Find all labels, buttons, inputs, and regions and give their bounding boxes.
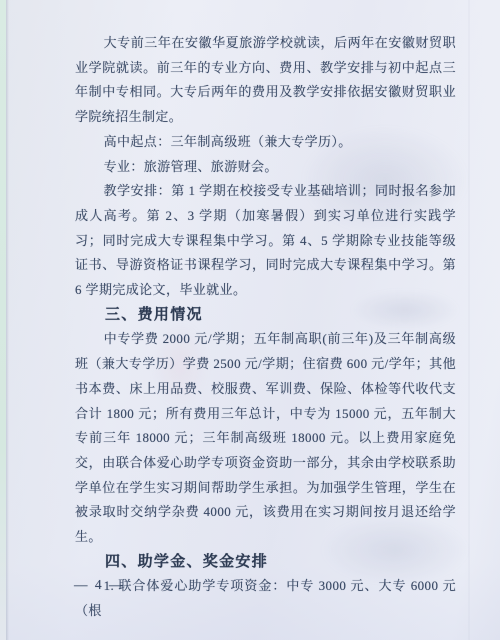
para-fees-detail: 中专学费 2000 元/学期；五年制高职(前三年)及三年制高级班（兼大专学历）学… (75, 327, 456, 549)
page-number: — 4 — (74, 577, 125, 593)
para-scholarship-item-1: 1. 联合体爱心助学专项资金：中专 3000 元、大专 6000 元（根 (75, 574, 456, 623)
para-college-program: 大专前三年在安徽华夏旅游学校就读，后两年在安徽财贸职业学院就读。前三年的专业方向… (75, 31, 456, 130)
scan-left-crease (6, 0, 9, 640)
heading-fees-section: 三、费用情况 (75, 303, 456, 328)
para-teaching-arrangement: 教学安排：第 1 学期在校接受专业基础培训；同时报名参加成人高考。第 2、3 学… (75, 179, 456, 303)
document-text-block: 大专前三年在安徽华夏旅游学校就读，后两年在安徽财贸职业学院就读。前三年的专业方向… (75, 31, 456, 624)
para-highschool-entry: 高中起点：三年制高级班（兼大专学历）。 (75, 130, 456, 155)
scanned-document-page: 大专前三年在安徽华夏旅游学校就读，后两年在安徽财贸职业学院就读。前三年的专业方向… (0, 0, 500, 640)
scan-right-fold-shadow (468, 0, 470, 640)
heading-scholarship-section: 四、助学金、奖金安排 (75, 550, 456, 575)
para-majors: 专业：旅游管理、旅游财会。 (75, 155, 456, 180)
